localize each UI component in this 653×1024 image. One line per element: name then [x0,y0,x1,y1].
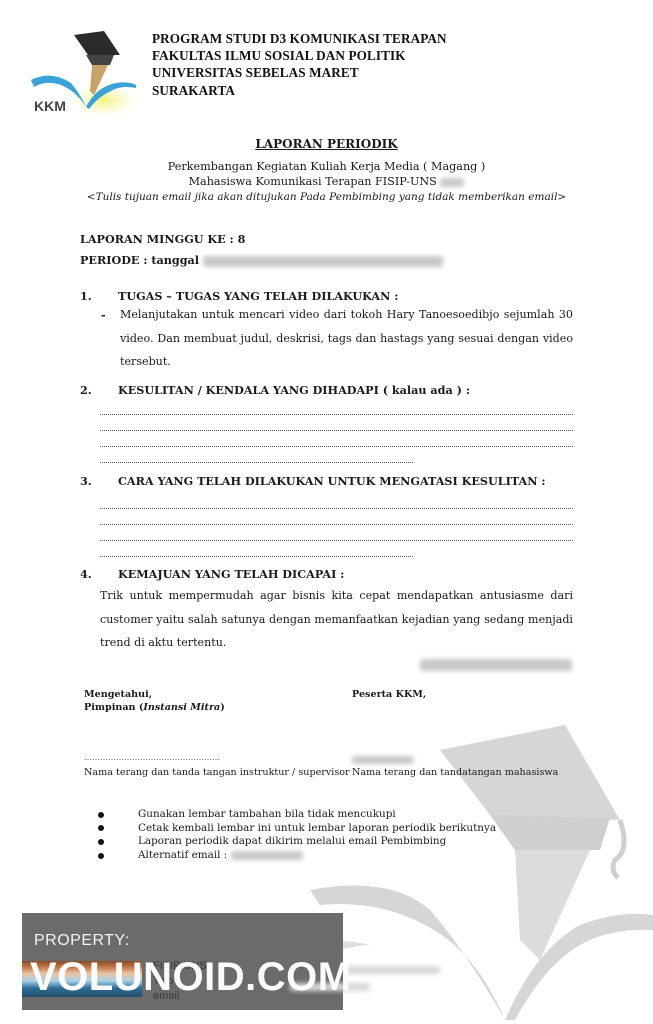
kkm-logo: KKM [26,25,136,115]
section-2-heading: KESULITAN / KENDALA YANG DIHADAPI ( kala… [118,383,470,397]
section-4-body: Trik untuk mempermudah agar bisnis kita … [100,584,573,655]
report-title: LAPORAN PERIODIK [0,137,653,151]
section-3-number: 3. [80,474,92,488]
svg-text:KKM: KKM [34,98,66,114]
section-1-body: Melanjutakan untuk mencari video dari to… [120,303,573,374]
bullet-icon [98,839,104,845]
report-subtitle-2-text: Mahasiswa Komunikasi Terapan FISIP-UNS [189,175,437,188]
section-3-heading: CARA YANG TELAH DILAKUKAN UNTUK MENGATAS… [118,474,545,488]
note-text: Laporan periodik dapat dikirim melalui e… [138,835,446,849]
redacted-student-name [352,756,414,764]
answer-line [100,516,573,525]
redacted-year [440,178,464,187]
answer-line [100,500,573,509]
note-text: Cetak kembali lembar ini untuk lembar la… [138,822,496,836]
period-row: PERIODE : tanggal [80,253,443,267]
answer-line [100,454,413,463]
property-label: PROPERTY: [34,932,130,950]
section-4-heading: KEMAJUAN YANG TELAH DICAPAI : [118,567,344,581]
header-university: UNIVERSITAS SEBELAS MARET [152,65,359,81]
report-note: <Tulis tujuan email jika akan ditujukan … [0,191,653,203]
sig-left-caption: Nama terang dan tanda tangan instruktur … [84,767,350,778]
note-item: Laporan periodik dapat dikirim melalui e… [98,835,496,849]
section-1-line: Melanjutakan untuk mencari video dari to… [120,303,573,327]
period-label: PERIODE : tanggal [80,253,199,267]
answer-line [100,548,413,557]
answer-line [100,422,573,431]
header-program: PROGRAM STUDI D3 KOMUNIKASI TERAPAN [152,31,447,47]
note-text: Gunakan lembar tambahan bila tidak mencu… [138,808,396,822]
report-subtitle-2: Mahasiswa Komunikasi Terapan FISIP-UNS [0,175,653,188]
sig-left-line2: Pimpinan (Instansi Mitra) [84,702,225,713]
bullet-icon [98,825,104,831]
section-2-number: 2. [80,383,92,397]
redacted-email [231,851,303,860]
sig-right-caption: Nama terang dan tandatangan mahasiswa [352,767,558,778]
note-item: Gunakan lembar tambahan bila tidak mencu… [98,808,496,822]
section-1-heading: TUGAS – TUGAS YANG TELAH DILAKUKAN : [118,289,398,303]
answer-line [100,532,573,541]
section-4-line: Trik untuk mempermudah agar bisnis kita … [100,584,573,608]
section-4-line: trend di aktu tertentu. [100,631,573,655]
sig-left-prefix: Pimpinan ( [84,702,143,713]
report-subtitle: Perkembangan Kegiatan Kuliah Kerja Media… [0,160,653,173]
answer-line [100,438,573,447]
bullet-icon [98,812,104,818]
header-faculty: FAKULTAS ILMU SOSIAL DAN POLITIK [152,48,406,64]
section-1-line: tersebut. [120,350,573,374]
bullet-icon [98,853,104,859]
note-item: Cetak kembali lembar ini untuk lembar la… [98,822,496,836]
section-4-number: 4. [80,567,92,581]
section-1-bullet: - [101,308,106,322]
sig-left-dots: …………………………………………… [84,753,220,762]
sig-right-line1: Peserta KKM, [352,689,426,700]
note-item: Alternatif email : [98,849,496,863]
answer-line [100,406,573,415]
property-brand: VOLUNOID.COM [30,955,352,1000]
sig-left-suffix: ) [220,702,225,713]
section-1-line: video. Dan membuat judul, deskrisi, tags… [120,327,573,351]
sig-left-line1: Mengetahui, [84,689,152,700]
redacted-place-date [420,659,572,671]
sig-left-italic: Instansi Mitra [143,702,220,713]
notes-list: Gunakan lembar tambahan bila tidak mencu… [98,808,496,862]
week-label: LAPORAN MINGGU KE : 8 [80,232,245,246]
redacted-period [203,256,443,267]
note-text: Alternatif email : [138,849,227,863]
redacted-footer [345,966,440,974]
section-1-number: 1. [80,289,92,303]
section-4-line: customer yaitu salah satunya dengan mema… [100,608,573,632]
header-city: SURAKARTA [152,83,235,99]
